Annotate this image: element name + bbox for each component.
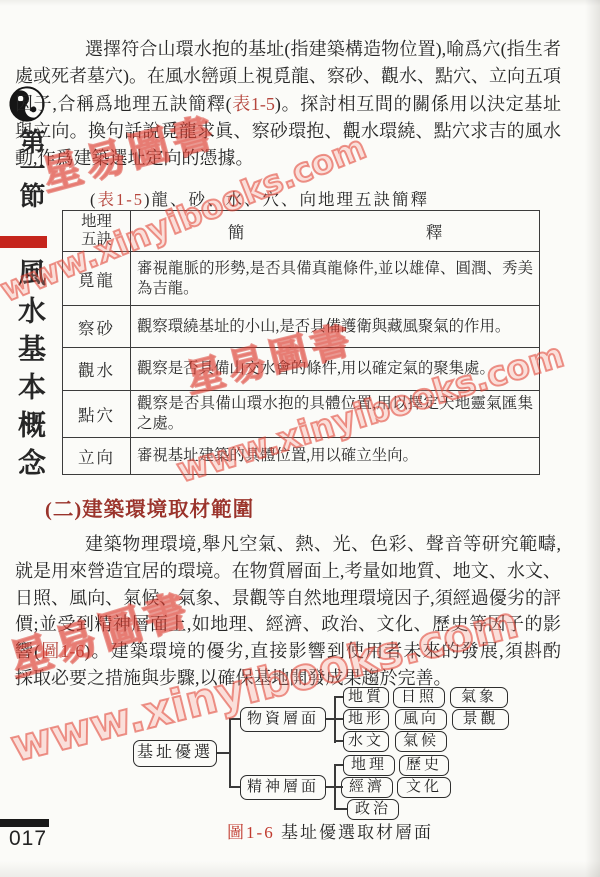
page-edge-shadow xyxy=(0,861,600,877)
footer-bar xyxy=(0,819,49,827)
connector-line xyxy=(335,696,343,698)
p1-line3-text: 因子,合稱爲地理五訣簡釋( xyxy=(15,94,232,114)
paragraph-2: 建築物理環境,舉凡空氣、熱、光、色彩、聲音等研究範疇,目的 就是用來營造宜居的環… xyxy=(15,531,561,692)
leaf-node: 經濟 xyxy=(341,777,393,798)
p1-line5: 動,作爲建築選址定向的憑據。 xyxy=(15,145,561,172)
table-title-ref: 表1-5 xyxy=(98,190,145,209)
connector-line xyxy=(334,696,336,743)
table-header-row: 地理 五訣 簡 釋 xyxy=(63,211,540,252)
p1-line4: 與立向。換句話說覓龍求眞、察砂環抱、觀水環繞、點穴求吉的風水活 xyxy=(15,118,561,145)
p2-line1: 建築物理環境,舉凡空氣、熱、光、色彩、聲音等研究範疇,目的 xyxy=(15,531,561,558)
p2-line5-text2: )。建築環境的優劣,直接影響到使用者未來的發展,須斟酌 xyxy=(84,641,561,661)
connector-line xyxy=(335,808,347,810)
leaf-node: 景觀 xyxy=(452,709,509,730)
p2-line5-text: 響( xyxy=(15,641,40,661)
figure-caption-text: 基址優選取材層面 xyxy=(275,823,433,842)
page-number: 017 xyxy=(9,827,47,851)
leaf-node: 歷史 xyxy=(399,755,449,776)
diagram-branch-spiritual: 精神層面 xyxy=(240,775,326,800)
five-secrets-table: 地理 五訣 簡 釋 覓龍 審視龍脈的形勢,是否具備真龍條件,並以雄偉、圓潤、秀美… xyxy=(62,210,540,475)
sidebar-chapter-label: 風水基本概念 xyxy=(9,258,49,486)
figure-ref-inline: 圖1-6 xyxy=(40,641,84,661)
header-col1: 地理 五訣 xyxy=(63,211,131,252)
table-title-post: )龍、砂、水、穴、向地理五訣簡釋 xyxy=(144,190,429,209)
table-row: 察砂 觀察環繞基址的小山,是否具備護衛與藏風聚氣的作用。 xyxy=(63,306,540,348)
diagram-branch-material: 物資層面 xyxy=(240,707,326,732)
row-term: 點穴 xyxy=(63,391,131,438)
leaf-node: 風向 xyxy=(395,709,447,730)
page-edge-shadow xyxy=(0,0,600,6)
p1-line2: 處或死者墓穴)。在風水巒頭上視覓龍、察砂、觀水、點穴、立向五項 xyxy=(15,63,561,90)
connector-line xyxy=(335,764,343,766)
connector-line xyxy=(334,764,336,810)
leaf-node: 氣候 xyxy=(395,731,447,752)
figure-caption-ref: 圖1-6 xyxy=(227,823,275,842)
row-desc: 觀察環繞基址的小山,是否具備護衛與藏風聚氣的作用。 xyxy=(131,306,540,348)
p2-line2: 就是用來營造宜居的環境。在物質層面上,考量如地質、地文、水文、 xyxy=(15,558,561,585)
leaf-node: 水文 xyxy=(343,731,389,752)
header-col2: 簡 釋 xyxy=(131,211,540,252)
connector-line xyxy=(230,718,240,720)
row-term: 察砂 xyxy=(63,306,131,348)
connector-line xyxy=(230,786,240,788)
p2-line3: 日照、風向、氣候、氣象、景觀等自然地理環境因子,須經過優劣的評 xyxy=(15,585,561,612)
paragraph-1: 選擇符合山環水抱的基址(指建築構造物位置),喻爲穴(指生者居 處或死者墓穴)。在… xyxy=(15,36,561,172)
table-row: 覓龍 審視龍脈的形勢,是否具備真龍條件,並以雄偉、圓潤、秀美為吉龍。 xyxy=(63,252,540,306)
leaf-node: 日照 xyxy=(393,687,445,708)
row-term: 觀水 xyxy=(63,348,131,391)
leaf-node: 政治 xyxy=(347,799,399,820)
p1-line1: 選擇符合山環水抱的基址(指建築構造物位置),喻爲穴(指生者居 xyxy=(15,36,561,63)
row-term: 立向 xyxy=(63,438,131,475)
page-edge-shadow xyxy=(585,0,600,877)
row-desc: 審視龍脈的形勢,是否具備真龍條件,並以雄偉、圓潤、秀美為吉龍。 xyxy=(131,252,540,306)
connector-line xyxy=(229,718,231,788)
header-jian: 簡 xyxy=(228,219,245,243)
leaf-node: 地理 xyxy=(343,755,395,776)
p1-line3-text2: )。探討相互間的關係用以決定基址 xyxy=(275,94,561,114)
connector-line xyxy=(335,740,343,742)
table-ref-inline: 表1-5 xyxy=(232,94,275,114)
table-row: 觀水 觀察是否具備山交水會的條件,用以確定氣的聚集處。 xyxy=(63,348,540,391)
table-row: 點穴 觀察是否具備山環水抱的具體位置,用以擇定天地靈氣匯集之處。 xyxy=(63,391,540,438)
table-title: (表1-5)龍、砂、水、穴、向地理五訣簡釋 xyxy=(90,186,429,210)
p2-line4: 價;並受到精神層面上,如地理、經濟、政治、文化、歷史等因子的影 xyxy=(15,611,561,638)
figure-caption: 圖1-6 基址優選取材層面 xyxy=(170,818,490,843)
sidebar-red-bar xyxy=(0,236,47,248)
row-desc: 觀察是否具備山交水會的條件,用以確定氣的聚集處。 xyxy=(131,348,540,391)
row-desc: 審視基址建築的具體位置,用以確立坐向。 xyxy=(131,438,540,475)
diagram-root-node: 基址優選 xyxy=(133,740,217,767)
header-shi: 釋 xyxy=(426,219,443,243)
leaf-node: 地形 xyxy=(343,709,389,730)
leaf-node: 氣象 xyxy=(450,687,508,708)
leaf-node: 文化 xyxy=(397,777,451,798)
book-page: 第一節 風水基本概念 選擇符合山環水抱的基址(指建築構造物位置),喻爲穴(指生者… xyxy=(0,0,600,877)
table-row: 立向 審視基址建築的具體位置,用以確立坐向。 xyxy=(63,438,540,475)
section-heading: (二)建築環境取材範圍 xyxy=(45,492,254,522)
row-desc: 觀察是否具備山環水抱的具體位置,用以擇定天地靈氣匯集之處。 xyxy=(131,391,540,438)
p1-line3: 因子,合稱爲地理五訣簡釋(表1-5)。探討相互間的關係用以決定基址 xyxy=(15,91,561,118)
table-title-pre: ( xyxy=(90,190,98,209)
p2-line5: 響(圖1-6)。建築環境的優劣,直接影響到使用者未來的發展,須斟酌 xyxy=(15,638,561,665)
leaf-node: 地質 xyxy=(343,687,389,708)
row-term: 覓龍 xyxy=(63,252,131,306)
